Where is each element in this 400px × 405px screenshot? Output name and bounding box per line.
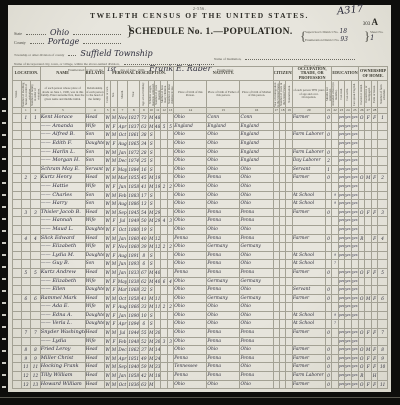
cell: —— Ada E. — [40, 303, 85, 312]
cell: 30 — [155, 337, 161, 346]
cell: Ohio — [174, 114, 207, 123]
cell: yes — [351, 122, 359, 131]
cell: 2 — [378, 174, 388, 183]
column-label: Whether single, married, widowed, or div… — [148, 81, 154, 108]
column-label: Number of family, in order of visitation… — [31, 81, 41, 108]
cell: 19 — [155, 174, 161, 183]
cell: —— Hattie — [40, 182, 85, 191]
cell — [31, 217, 41, 226]
edge-tick — [2, 278, 6, 280]
cell: Ohio — [240, 225, 273, 234]
cell: Ohio — [174, 225, 207, 234]
cell: yes — [338, 208, 344, 217]
cell — [21, 157, 31, 166]
cell: Son — [85, 260, 104, 269]
cell: Aug — [117, 140, 128, 149]
cell: Ohio — [207, 165, 240, 174]
cell — [13, 268, 22, 277]
cell: Head — [85, 208, 104, 217]
table-row: —— Lydia M.DaughterWFAug18918SOhioPennaO… — [13, 251, 388, 260]
cell: —— Hannah — [40, 217, 85, 226]
cell — [378, 225, 388, 234]
cell: yes — [345, 157, 351, 166]
cell — [21, 225, 31, 234]
edge-tick — [2, 122, 6, 124]
cell — [31, 182, 41, 191]
cell: yes — [338, 303, 344, 312]
cell: yes — [351, 346, 359, 355]
cell — [13, 277, 22, 286]
cell: 1860 — [128, 243, 140, 252]
cell: Kurtz Andrew — [40, 268, 85, 277]
cell — [21, 191, 31, 200]
cell: —— Edna A. — [40, 311, 85, 320]
enumeration-label: Enumeration District No. — [305, 38, 339, 42]
column-label: Attended school (in months). — [332, 81, 338, 108]
column-label: of each person TEN years of age and over… — [292, 81, 325, 108]
cell: Farmer — [292, 363, 325, 372]
cell — [21, 200, 31, 209]
cell: Ohio — [240, 251, 273, 260]
cell: Ohio — [207, 148, 240, 157]
cell: 10 — [378, 363, 388, 372]
cell: Slick Edward — [40, 234, 85, 243]
cell: Ohio — [240, 380, 273, 389]
cell: At School — [292, 260, 325, 269]
cell — [13, 191, 22, 200]
cell — [21, 260, 31, 269]
cell: Jun — [117, 260, 128, 269]
table-row: —— Morgan H.SonWMDec187425SOhioOhioEngla… — [13, 157, 388, 166]
cell: Jan — [117, 311, 128, 320]
cell: yes — [338, 217, 344, 226]
cell: yes — [338, 363, 344, 372]
cell: Feb — [117, 191, 128, 200]
cell: yes — [338, 329, 344, 338]
cell: Jul — [117, 217, 128, 226]
cell: 12 — [155, 243, 161, 252]
cell: Germany — [207, 277, 240, 286]
cell — [292, 225, 325, 234]
cell: Penna — [240, 329, 273, 338]
cell: Ohio — [207, 191, 240, 200]
cell — [378, 251, 388, 260]
cell: Ohio — [174, 157, 207, 166]
cell: Penna — [174, 268, 207, 277]
cell: Penna — [174, 234, 207, 243]
cell: yes — [345, 380, 351, 389]
cell: 12 — [21, 372, 31, 381]
cell: Son — [85, 191, 104, 200]
cell: 10 — [140, 311, 149, 320]
cell: 28 — [140, 148, 149, 157]
table-row: —— Harlin L.SonWMJan187228SOhioOhioEngla… — [13, 148, 388, 157]
cell: Daughter — [85, 286, 104, 295]
edge-tick — [2, 302, 6, 304]
cell: yes — [338, 140, 344, 149]
cell: —— Verla L. — [40, 320, 85, 329]
cell: 1833 — [128, 268, 140, 277]
cell: 37 — [140, 346, 149, 355]
column-label: Year of immigration to the United States… — [273, 81, 279, 108]
cell: 11 — [378, 380, 388, 389]
cell — [21, 243, 31, 252]
cell: Son — [85, 157, 104, 166]
cell — [13, 243, 22, 252]
cell: Head — [85, 174, 104, 183]
cell: yes — [345, 303, 351, 312]
cell: yes — [338, 165, 344, 174]
cell: Ohio — [174, 200, 207, 209]
cell — [378, 311, 388, 320]
cell: England — [240, 131, 273, 140]
cell — [13, 294, 22, 303]
cell: Jan — [117, 234, 128, 243]
cell: 48 — [155, 122, 161, 131]
cell: Ohio — [174, 243, 207, 252]
cell: yes — [338, 243, 344, 252]
cell: 1848 — [128, 337, 140, 346]
cell: yes — [351, 354, 359, 363]
cell — [31, 157, 41, 166]
cell — [13, 122, 22, 131]
table-row: 1212Tilly WilliamHeadWMJan185842M18Penna… — [13, 372, 388, 381]
cell — [31, 260, 41, 269]
cell: Ohio — [174, 337, 207, 346]
cell: Ohio — [207, 200, 240, 209]
cell: 6 — [140, 320, 149, 329]
cell: yes — [351, 363, 359, 372]
cell: yes — [351, 268, 359, 277]
table-row: —— CharlesSonWMFeb188317SOhioOhioOhioAt … — [13, 191, 388, 200]
cell: 30 — [155, 329, 161, 338]
cell: 1858 — [128, 182, 140, 191]
edge-tick — [2, 374, 6, 376]
cell: 1884 — [128, 165, 140, 174]
cell: —— Ellen — [40, 286, 85, 295]
cell: —— Harlin L. — [40, 148, 85, 157]
cell: 29 — [155, 208, 161, 217]
table-row: —— ElizabethWifeWFNov186039M1222OhioGerm… — [13, 243, 388, 252]
cell: Penna — [240, 268, 273, 277]
cell: England — [207, 122, 240, 131]
cell — [13, 234, 22, 243]
cell — [13, 165, 22, 174]
cell: yes — [338, 294, 344, 303]
cell: 73 — [140, 114, 149, 123]
cell: 3 — [21, 208, 31, 217]
column-group: EDUCATION. — [332, 67, 359, 81]
cell — [378, 337, 388, 346]
table-row: 88Fried LeroyHeadWMDec186237M14OhioOhioO… — [13, 346, 388, 355]
column-label: Number of years in the United States. — [280, 81, 286, 108]
cell — [21, 131, 31, 140]
cell: yes — [338, 251, 344, 260]
cell: 7 — [21, 329, 31, 338]
page-letter: A — [372, 17, 380, 27]
cell: Aug — [117, 200, 128, 209]
cell — [13, 337, 22, 346]
cell: —— Amanda — [40, 122, 85, 131]
cell: Feb — [117, 337, 128, 346]
cell: 9 — [31, 354, 41, 363]
edge-tick — [2, 158, 6, 160]
cell — [13, 225, 22, 234]
cell: 7 — [378, 329, 388, 338]
page-number-value: 303 — [363, 22, 371, 27]
cell: 48 — [155, 114, 161, 123]
table-subheader: Street.Number of dwelling house, in orde… — [13, 81, 388, 108]
cell: Daughter — [85, 311, 104, 320]
cell — [31, 165, 41, 174]
cell — [31, 243, 41, 252]
cell: yes — [351, 174, 359, 183]
cell: yes — [345, 268, 351, 277]
cell: Son — [85, 131, 104, 140]
cell — [13, 329, 22, 338]
cell — [21, 217, 31, 226]
cell: 6 — [140, 260, 149, 269]
cell: Oct — [117, 380, 128, 389]
cell: yes — [345, 363, 351, 372]
cell — [13, 354, 22, 363]
cell: Head — [85, 363, 104, 372]
cell — [378, 243, 388, 252]
cell: 1893 — [128, 260, 140, 269]
cell: yes — [345, 354, 351, 363]
cell: Wife — [85, 217, 104, 226]
cell: 40 — [155, 277, 161, 286]
cell: —— Morgan H. — [40, 157, 85, 166]
cell: Penna — [207, 251, 240, 260]
cell — [13, 157, 22, 166]
column-group: RELATION. — [85, 67, 104, 81]
cell: 1858 — [128, 372, 140, 381]
cell: Ohio — [174, 217, 207, 226]
cell: Farmer — [292, 294, 325, 303]
cell: 25 — [140, 157, 149, 166]
cell: Ohio — [174, 131, 207, 140]
cell: Daughter — [85, 251, 104, 260]
cell: yes — [338, 225, 344, 234]
cell: 34 — [140, 140, 149, 149]
cell: Snyder Washington — [40, 329, 85, 338]
page-number: 303 A — [363, 17, 379, 27]
column-group: OWNERSHIP OF HOME. — [359, 67, 388, 81]
cell: Wife — [85, 303, 104, 312]
cell: yes — [338, 200, 344, 209]
cell: yes — [338, 311, 344, 320]
cell: Ohio — [174, 303, 207, 312]
cell: yes — [345, 182, 351, 191]
cell: 33 — [140, 303, 149, 312]
edge-tick — [2, 338, 6, 340]
cell — [31, 337, 41, 346]
cell: Sep — [117, 363, 128, 372]
cell: yes — [345, 243, 351, 252]
cell: May — [117, 277, 128, 286]
cell: yes — [345, 311, 351, 320]
cell: yes — [345, 131, 351, 140]
column-label: Number of dwelling house, in order of vi… — [21, 81, 31, 108]
edge-tick — [2, 386, 6, 388]
cell — [13, 140, 22, 149]
cell — [31, 311, 41, 320]
table-row: Schram May E.ServantWFMay188416SOhioOhio… — [13, 165, 388, 174]
cell — [378, 191, 388, 200]
cell: Penna — [240, 372, 273, 381]
cell: yes — [338, 380, 344, 389]
cell: 1858 — [128, 294, 140, 303]
cell: 8 — [21, 346, 31, 355]
cell: 62 — [140, 277, 149, 286]
cell: yes — [351, 311, 359, 320]
cell: 1886 — [128, 200, 140, 209]
cell — [13, 182, 22, 191]
cell: Ohio — [207, 320, 240, 329]
cell: Ohio — [240, 311, 273, 320]
edge-tick — [2, 350, 6, 352]
cell — [21, 148, 31, 157]
cell: Daughter — [85, 140, 104, 149]
cell: Penna — [207, 363, 240, 372]
cell: Apr — [117, 320, 128, 329]
cell: 4 — [31, 234, 41, 243]
cell: yes — [345, 140, 351, 149]
cell: Jul — [117, 329, 128, 338]
cell: England — [240, 157, 273, 166]
cell — [21, 165, 31, 174]
cell: yes — [345, 200, 351, 209]
cell — [378, 140, 388, 149]
cell: 19 — [155, 182, 161, 191]
cell: Farmer — [292, 114, 325, 123]
cell: yes — [345, 174, 351, 183]
cell: 1894 — [128, 320, 140, 329]
cell: 9 — [21, 354, 31, 363]
cell: 1 — [31, 114, 41, 123]
cell: Head — [85, 234, 104, 243]
edge-tick — [2, 230, 6, 232]
cell: Son — [85, 148, 104, 157]
cell: yes — [351, 200, 359, 209]
cell — [378, 165, 388, 174]
cell: Ohio — [240, 260, 273, 269]
table-row: 22Kurtz HenryHeadWMMar185545M19OhioPenna… — [13, 174, 388, 183]
column-label: Place of birth of Mother of this person. — [240, 81, 273, 108]
cell: —— Charles — [40, 191, 85, 200]
cell: 45 — [140, 174, 149, 183]
cell: yes — [345, 294, 351, 303]
cell: 5 — [21, 268, 31, 277]
cell: 1872 — [128, 148, 140, 157]
cell: England — [240, 122, 273, 131]
cell: —— Harry — [40, 200, 85, 209]
cell: Germany — [240, 294, 273, 303]
cell — [13, 208, 22, 217]
cell: Ohio — [207, 346, 240, 355]
cell — [21, 277, 31, 286]
cell: 3 — [378, 208, 388, 217]
edge-tick — [2, 146, 6, 148]
column-group: PERSONAL DESCRIPTION. — [104, 67, 173, 81]
cell: 1837 — [128, 122, 140, 131]
cell: Ohio — [174, 380, 207, 389]
cell: Wife — [85, 277, 104, 286]
cell — [21, 320, 31, 329]
cell: yes — [351, 191, 359, 200]
cell: Farmer — [292, 354, 325, 363]
table-row: 1313Howard WilliamHeadWMOct183663MOhioOh… — [13, 380, 388, 389]
cell — [21, 122, 31, 131]
table-row: 77Snyder WashingtonHeadWMJul184455M30Ohi… — [13, 329, 388, 338]
cell: 8 — [140, 251, 149, 260]
cell — [292, 140, 325, 149]
cell: Mar — [117, 286, 128, 295]
cell: Schram May E. — [40, 165, 85, 174]
cell: England — [240, 140, 273, 149]
cell: yes — [338, 191, 344, 200]
cell: yes — [351, 208, 359, 217]
cell: Penna — [207, 268, 240, 277]
cell: 5 — [31, 268, 41, 277]
cell: Penna — [207, 217, 240, 226]
cell: Oct — [117, 131, 128, 140]
cell: Ohio — [174, 140, 207, 149]
table-row: —— Edith F.DaughterWFAug186534SOhioOhioE… — [13, 140, 388, 149]
table-row: —— Verla L.DaughterWFApr18946SOhioOhioOh… — [13, 320, 388, 329]
cell — [31, 148, 41, 157]
cell: Conn — [240, 114, 273, 123]
cell: 1868 — [128, 286, 140, 295]
cell: Penna — [207, 286, 240, 295]
cell — [31, 191, 41, 200]
cell: 1891 — [128, 251, 140, 260]
cell — [31, 140, 41, 149]
cell: 18 — [155, 372, 161, 381]
cell: Head — [85, 372, 104, 381]
cell: Head — [85, 114, 104, 123]
column-label: Place of birth of this Person. — [174, 81, 207, 108]
cell — [292, 182, 325, 191]
cell: 59 — [140, 363, 149, 372]
cell — [378, 260, 388, 269]
column-group: OCCUPATION, TRADE, OR PROFESSION — [292, 67, 332, 81]
column-group: CITIZENSHIP. — [273, 67, 292, 81]
cell: yes — [345, 286, 351, 295]
cell: Farmer — [292, 329, 325, 338]
census-table-header: LOCATION.NAMERELATION.PERSONAL DESCRIPTI… — [13, 67, 388, 114]
cell: Tennessee — [174, 363, 207, 372]
cell: yes — [345, 329, 351, 338]
cell — [13, 303, 22, 312]
cell: Kent Horace — [40, 114, 85, 123]
cell: 4 — [378, 234, 388, 243]
cell: Penna — [240, 354, 273, 363]
edge-tick — [2, 98, 6, 100]
cell — [13, 148, 22, 157]
cell: Penna — [207, 208, 240, 217]
supervisor-value: 18 — [339, 28, 347, 35]
cell — [13, 320, 22, 329]
cell — [378, 200, 388, 209]
edge-tick — [2, 110, 6, 112]
cell: yes — [338, 148, 344, 157]
cell: 3 — [31, 208, 41, 217]
cell — [13, 372, 22, 381]
cell: 7 — [31, 329, 41, 338]
cell: yes — [351, 140, 359, 149]
